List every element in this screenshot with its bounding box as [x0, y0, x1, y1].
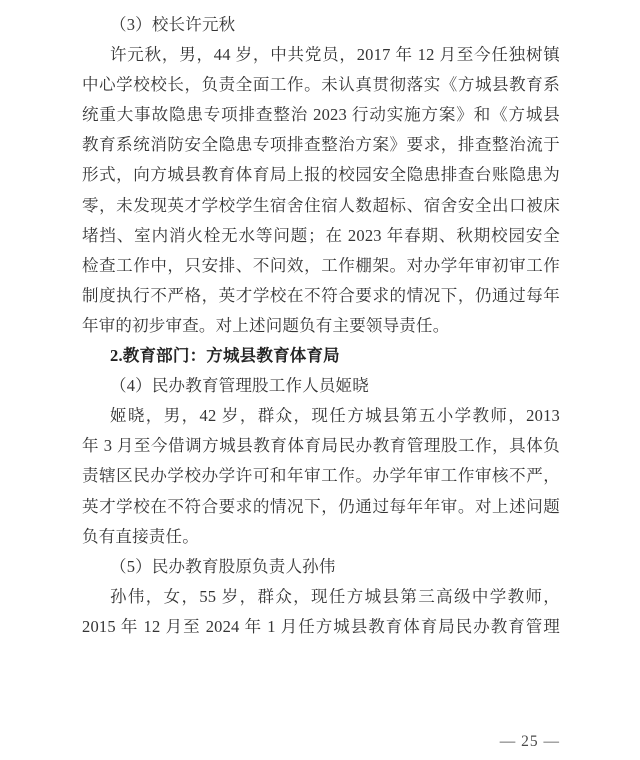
- text-line: 零，未发现英才学校学生宿舍住宿人数超标、宿舍安全出口被床: [82, 191, 560, 221]
- section-heading-5: （5）民办教育股原负责人孙伟: [82, 552, 560, 582]
- document-body: （3）校长许元秋 许元秋，男，44 岁，中共党员，2017 年 12 月至今任独…: [82, 10, 560, 642]
- text-line: 英才学校在不符合要求的情况下，仍通过每年年审。对上述问题: [82, 492, 560, 522]
- text-line: 中心学校校长，负责全面工作。未认真贯彻落实《方城县教育系: [82, 70, 560, 100]
- department-heading: 2.教育部门：方城县教育体育局: [82, 341, 560, 371]
- text-line: 姬晓，男，42 岁，群众，现任方城县第五小学教师，2013: [82, 401, 560, 431]
- text-line: 2015 年 12 月至 2024 年 1 月任方城县教育体育局民办教育管理: [82, 612, 560, 642]
- text-line: 年审的初步审查。对上述问题负有主要领导责任。: [82, 311, 560, 341]
- text-line: 教育系统消防安全隐患专项排查整治方案》要求，排查整治流于: [82, 130, 560, 160]
- text-line: 形式，向方城县教育体育局上报的校园安全隐患排查台账隐患为: [82, 160, 560, 190]
- text-line: 检查工作中，只安排、不问效，工作棚架。对办学年审初审工作: [82, 251, 560, 281]
- text-line: 许元秋，男，44 岁，中共党员，2017 年 12 月至今任独树镇: [82, 40, 560, 70]
- section-heading-4: （4）民办教育管理股工作人员姬晓: [82, 371, 560, 401]
- section-heading-3: （3）校长许元秋: [82, 10, 560, 40]
- text-line: 统重大事故隐患专项排查整治 2023 行动实施方案》和《方城县: [82, 100, 560, 130]
- text-line: 责辖区民办学校办学许可和年审工作。办学年审工作审核不严，: [82, 461, 560, 491]
- text-line: 年 3 月至今借调方城县教育体育局民办教育管理股工作，具体负: [82, 431, 560, 461]
- page-number: — 25 —: [500, 733, 560, 750]
- text-line: 负有直接责任。: [82, 522, 560, 552]
- text-line: 制度执行不严格，英才学校在不符合要求的情况下，仍通过每年: [82, 281, 560, 311]
- document-page: （3）校长许元秋 许元秋，男，44 岁，中共党员，2017 年 12 月至今任独…: [0, 0, 640, 760]
- text-line: 孙伟，女，55 岁，群众，现任方城县第三高级中学教师，: [82, 582, 560, 612]
- page-footer: — 25 —: [500, 733, 560, 751]
- text-line: 堵挡、室内消火栓无水等问题；在 2023 年春期、秋期校园安全: [82, 221, 560, 251]
